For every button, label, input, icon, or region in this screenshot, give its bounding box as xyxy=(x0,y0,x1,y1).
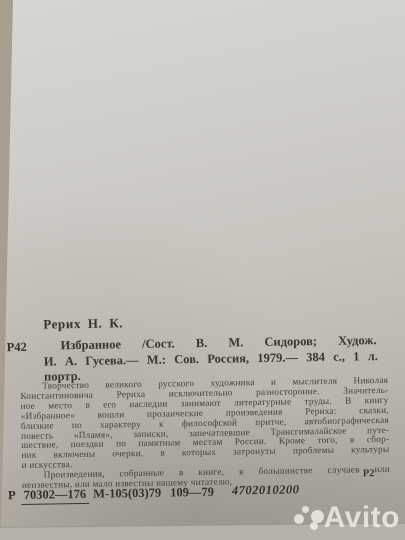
annotation-paragraph: Творчество великого русского художника и… xyxy=(20,377,390,493)
catalog-numbers: Р 70302—176 М-105(03)79 109—79 470201020… xyxy=(8,481,300,505)
catalog-denominator: М-105(03)79 xyxy=(93,486,161,502)
catalog-numerator: 70302—176 xyxy=(21,487,90,505)
book-page: Рерих Н. К. Р42 Избранное /Сост. В. М. С… xyxy=(0,0,405,540)
book-photo: Рерих Н. К. Р42 Избранное /Сост. В. М. С… xyxy=(0,0,405,540)
avito-logo-icon xyxy=(291,505,321,532)
library-index-code: Р42 xyxy=(7,340,27,355)
avito-watermark: Avito xyxy=(291,503,400,533)
catalog-middle-number: 109—79 xyxy=(170,485,214,501)
catalog-fraction: 70302—176 М-105(03)79 xyxy=(21,484,162,505)
page-content: Рерих Н. К. Р42 Избранное /Сост. В. М. С… xyxy=(0,0,405,540)
category-code: Р2 xyxy=(363,468,375,479)
catalog-prefix: Р xyxy=(8,488,16,503)
author-heading: Рерих Н. К. xyxy=(43,315,123,332)
catalog-code-number: 4702010200 xyxy=(232,482,300,498)
watermark-label: Avito xyxy=(324,503,400,533)
